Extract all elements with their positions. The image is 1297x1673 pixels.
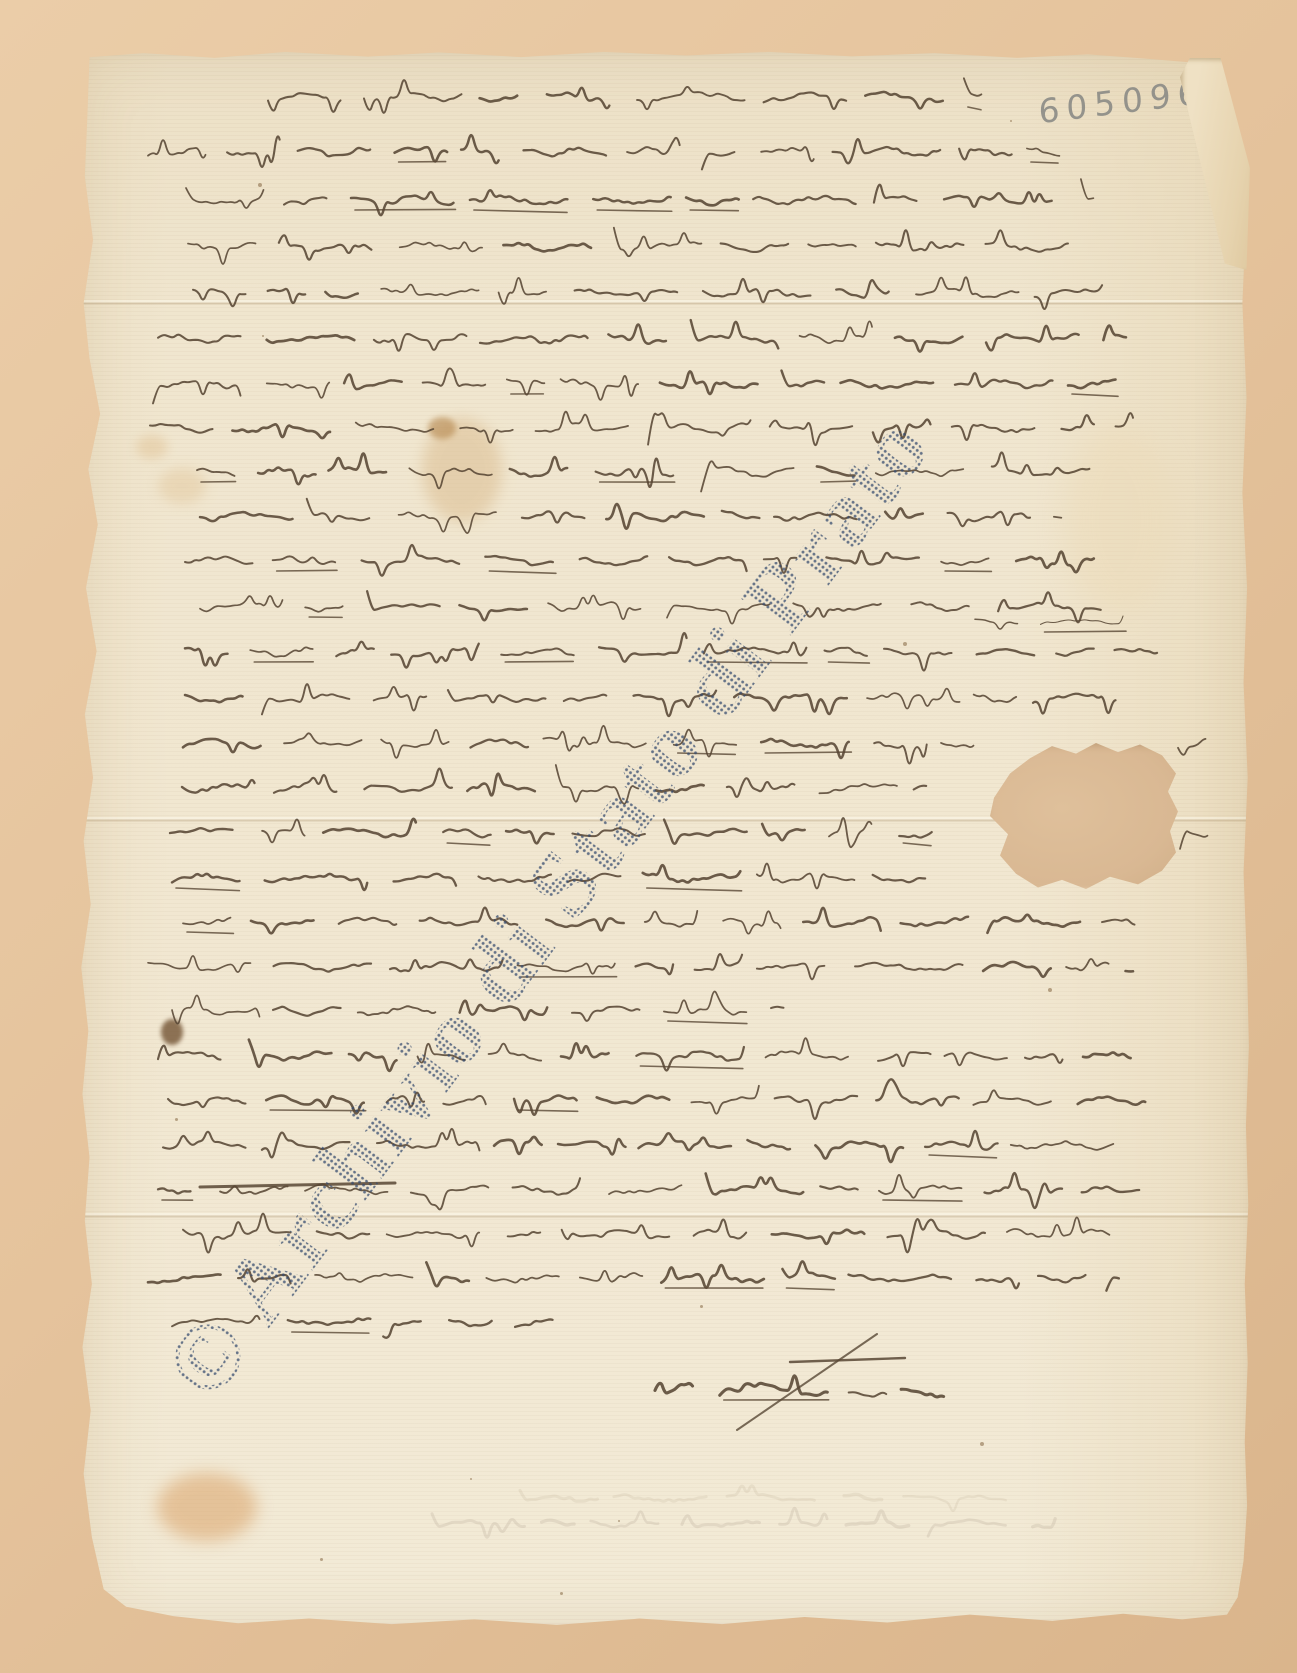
ink-stroke xyxy=(172,874,240,882)
ink-stroke xyxy=(542,1520,575,1525)
ink-stroke xyxy=(986,326,1078,351)
ink-stroke xyxy=(176,888,239,891)
ink-stroke xyxy=(782,1261,835,1278)
ink-stroke xyxy=(874,185,917,203)
ink-stroke xyxy=(391,644,479,668)
ink-stroke xyxy=(660,371,758,394)
ink-stroke xyxy=(727,778,795,797)
ink-stroke xyxy=(267,383,330,398)
ink-stroke xyxy=(1054,517,1062,518)
ink-stroke xyxy=(627,138,680,154)
ink-stroke xyxy=(262,684,350,714)
ink-stroke xyxy=(643,865,741,882)
ink-stroke xyxy=(364,80,462,113)
ink-stroke xyxy=(572,1007,640,1021)
ink-stroke xyxy=(515,1319,553,1326)
ink-stroke xyxy=(944,1053,1007,1066)
ink-stroke xyxy=(486,1275,558,1282)
ink-stroke xyxy=(548,595,641,619)
ink-stroke xyxy=(580,1271,643,1282)
ink-stroke xyxy=(647,888,742,891)
ink-stroke xyxy=(362,545,460,576)
ink-stroke xyxy=(747,1140,790,1149)
ink-stroke xyxy=(1007,1217,1110,1237)
ink-stroke xyxy=(432,1514,525,1538)
ink-stroke xyxy=(1068,380,1116,389)
ink-stroke xyxy=(790,1358,905,1362)
ink-stroke xyxy=(762,824,805,840)
ink-stroke xyxy=(848,1275,951,1282)
ink-stroke xyxy=(399,512,497,533)
ink-stroke xyxy=(328,454,386,473)
ink-stroke xyxy=(975,619,1018,629)
ink-stroke xyxy=(1072,394,1118,396)
ink-stroke xyxy=(267,335,355,342)
ink-stroke xyxy=(879,1175,962,1198)
ink-stroke xyxy=(694,1220,747,1239)
ink-stroke xyxy=(608,324,666,343)
ink-stroke xyxy=(987,915,1079,933)
ink-stroke xyxy=(764,92,847,108)
ink-stroke xyxy=(901,917,969,926)
ink-stroke xyxy=(1061,415,1094,430)
ink-stroke xyxy=(973,1090,1051,1105)
ink-stroke xyxy=(325,292,358,298)
ink-stroke xyxy=(844,1494,882,1500)
ink-stroke xyxy=(914,786,927,790)
ink-stroke xyxy=(232,424,330,438)
ink-stroke xyxy=(887,1219,985,1252)
ink-stroke xyxy=(686,198,739,206)
ink-stroke xyxy=(395,147,448,161)
ink-stroke xyxy=(561,376,639,400)
ink-stroke xyxy=(780,1508,828,1525)
ink-stroke xyxy=(485,556,553,565)
ink-stroke xyxy=(505,661,573,662)
ink-stroke xyxy=(564,695,607,701)
ink-stroke xyxy=(1178,739,1206,755)
ink-stroke xyxy=(800,321,873,343)
ink-stroke xyxy=(460,428,513,443)
ink-stroke xyxy=(1027,148,1060,155)
ink-stroke xyxy=(298,148,371,156)
ink-stroke xyxy=(153,381,241,403)
ink-stroke xyxy=(721,243,789,252)
ink-stroke xyxy=(170,828,233,833)
ink-stroke xyxy=(703,279,811,302)
ink-stroke xyxy=(753,196,856,204)
ink-stroke xyxy=(467,774,535,796)
ink-stroke xyxy=(815,1142,903,1162)
ink-stroke xyxy=(947,512,1030,526)
ink-stroke xyxy=(661,1265,764,1288)
ink-stroke xyxy=(305,606,343,611)
ink-stroke xyxy=(273,1007,341,1016)
ink-stroke xyxy=(474,210,567,212)
ink-stroke xyxy=(523,148,606,157)
ink-stroke xyxy=(695,954,743,970)
ink-stroke xyxy=(597,210,672,211)
ink-stroke xyxy=(200,512,293,521)
ink-stroke xyxy=(1103,326,1126,340)
ink-stroke xyxy=(929,1155,996,1158)
ink-stroke xyxy=(374,687,427,711)
ink-stroke xyxy=(562,1225,670,1239)
ink-stroke xyxy=(251,920,314,933)
ink-stroke xyxy=(470,740,528,748)
ink-stroke xyxy=(188,243,256,264)
ink-stroke xyxy=(606,504,704,529)
ink-stroke xyxy=(883,1200,962,1201)
ink-stroke xyxy=(268,93,341,112)
ink-stroke xyxy=(833,139,941,163)
ink-stroke xyxy=(501,649,574,656)
ink-stroke xyxy=(459,605,527,620)
ink-stroke xyxy=(336,642,374,656)
ink-stroke xyxy=(655,1383,693,1393)
ink-stroke xyxy=(1081,179,1094,199)
ink-stroke xyxy=(722,511,760,518)
ink-stroke xyxy=(690,210,738,211)
ink-stroke xyxy=(1016,552,1094,572)
ink-stroke xyxy=(1056,649,1094,656)
scan-backdrop: 605096 © Archivio di Stato di Prato xyxy=(0,0,1297,1673)
ink-stroke xyxy=(895,337,963,352)
ink-stroke xyxy=(150,424,213,433)
ink-stroke xyxy=(387,1232,480,1246)
ink-stroke xyxy=(193,289,246,306)
ink-stroke xyxy=(279,235,372,259)
ink-stroke xyxy=(1106,1278,1119,1291)
ink-stroke xyxy=(941,558,989,565)
ink-stroke xyxy=(513,1178,581,1195)
ink-stroke xyxy=(508,1232,541,1236)
ink-stroke xyxy=(503,243,590,251)
ink-stroke xyxy=(874,742,927,763)
ink-stroke xyxy=(829,818,872,847)
ink-stroke xyxy=(639,1133,732,1150)
ink-stroke xyxy=(648,413,751,444)
ink-stroke xyxy=(185,648,228,665)
ink-stroke xyxy=(974,695,1017,702)
ink-stroke xyxy=(262,819,305,842)
ink-stroke xyxy=(941,743,974,747)
ink-stroke xyxy=(876,1079,959,1105)
ink-stroke xyxy=(443,829,491,837)
ink-stroke xyxy=(955,373,1053,388)
ink-stroke xyxy=(775,1096,858,1119)
ink-stroke xyxy=(884,649,952,671)
ink-stroke xyxy=(614,228,702,257)
ink-stroke xyxy=(614,1495,707,1502)
ink-stroke xyxy=(916,277,1019,297)
ink-stroke xyxy=(878,1052,931,1066)
ink-stroke xyxy=(158,335,241,343)
ink-stroke xyxy=(489,571,556,573)
ink-stroke xyxy=(983,962,1051,977)
ink-stroke xyxy=(824,648,867,656)
ink-stroke xyxy=(344,375,402,390)
ink-stroke xyxy=(258,468,316,485)
ink-stroke xyxy=(640,1066,742,1069)
ink-stroke xyxy=(901,1389,944,1397)
ink-stroke xyxy=(903,843,931,846)
ink-stroke xyxy=(701,461,794,491)
ink-stroke xyxy=(411,1186,489,1210)
ink-stroke xyxy=(536,412,629,432)
ink-stroke xyxy=(249,1040,331,1067)
ink-stroke xyxy=(518,1110,578,1111)
ink-stroke xyxy=(636,964,674,975)
ink-stroke xyxy=(284,733,362,745)
ink-stroke xyxy=(1180,831,1208,849)
ink-stroke xyxy=(355,209,456,210)
ink-stroke xyxy=(766,1038,849,1059)
ink-stroke xyxy=(381,285,479,296)
ink-stroke xyxy=(1031,162,1058,163)
ink-stroke xyxy=(186,188,264,208)
ink-stroke xyxy=(356,423,434,432)
ink-stroke xyxy=(158,1188,191,1193)
ink-stroke xyxy=(836,280,889,298)
ink-stroke xyxy=(580,556,648,565)
ink-stroke xyxy=(757,864,855,889)
ink-stroke xyxy=(664,992,747,1015)
ink-stroke xyxy=(944,192,1052,206)
ink-stroke xyxy=(702,152,735,169)
ink-stroke xyxy=(273,556,336,564)
ink-stroke xyxy=(1033,1519,1056,1528)
ink-stroke xyxy=(1011,1141,1114,1150)
ink-stroke xyxy=(597,1096,670,1103)
ink-stroke xyxy=(865,92,943,109)
ink-stroke xyxy=(846,1511,909,1527)
ink-stroke xyxy=(855,963,963,970)
ink-stroke xyxy=(772,1230,865,1244)
ink-stroke xyxy=(187,932,233,933)
ink-stroke xyxy=(381,730,449,758)
ink-stroke xyxy=(976,1278,1019,1288)
ink-stroke xyxy=(691,1086,759,1114)
ink-stroke xyxy=(849,1392,887,1396)
ink-stroke xyxy=(928,1520,1006,1536)
ink-stroke xyxy=(364,769,452,792)
ink-stroke xyxy=(828,662,869,663)
ink-stroke xyxy=(964,78,982,96)
ink-stroke xyxy=(265,874,368,890)
ink-stroke xyxy=(561,1043,609,1058)
ink-stroke xyxy=(985,230,1068,251)
ink-stroke xyxy=(1078,1097,1146,1105)
ink-stroke xyxy=(510,457,568,477)
ink-stroke xyxy=(899,832,932,837)
ink-stroke xyxy=(183,739,261,752)
ink-stroke xyxy=(480,335,588,343)
ink-stroke xyxy=(374,334,467,351)
ink-stroke xyxy=(1083,1052,1131,1058)
ink-stroke xyxy=(1116,413,1134,426)
ink-stroke xyxy=(499,278,546,304)
ink-stroke xyxy=(1038,1275,1086,1282)
ink-stroke xyxy=(447,843,490,845)
ink-stroke xyxy=(423,368,486,386)
ink-stroke xyxy=(1115,649,1158,653)
ink-stroke xyxy=(148,956,251,972)
ink-stroke xyxy=(998,592,1101,622)
ink-stroke xyxy=(808,244,856,246)
ink-stroke xyxy=(268,289,306,303)
ink-stroke xyxy=(426,1262,469,1286)
ink-stroke xyxy=(737,1334,877,1430)
ink-stroke xyxy=(706,1174,804,1195)
ink-stroke xyxy=(985,1173,1063,1208)
ink-stroke xyxy=(323,819,416,837)
ink-stroke xyxy=(284,197,327,204)
ink-stroke xyxy=(274,775,337,793)
ink-stroke xyxy=(765,752,851,753)
ink-stroke xyxy=(761,739,849,758)
ink-stroke xyxy=(968,107,981,110)
ink-stroke xyxy=(952,425,1035,440)
ink-stroke xyxy=(394,874,457,886)
ink-stroke xyxy=(277,570,337,571)
ink-stroke xyxy=(307,499,370,522)
ink-stroke xyxy=(782,371,825,387)
ink-stroke xyxy=(148,140,206,158)
ink-stroke xyxy=(168,1097,246,1107)
ink-stroke xyxy=(637,87,745,109)
ink-stroke xyxy=(461,135,499,163)
ink-stroke xyxy=(449,1320,492,1326)
ink-stroke xyxy=(903,1496,1006,1511)
ink-stroke xyxy=(727,1486,815,1501)
ink-stroke xyxy=(723,911,781,933)
ink-stroke xyxy=(507,379,544,394)
ink-stroke xyxy=(575,290,678,301)
ink-stroke xyxy=(494,1137,542,1154)
ink-stroke xyxy=(409,468,492,488)
ink-stroke xyxy=(977,649,1034,655)
ink-stroke xyxy=(470,190,568,204)
ink-stroke xyxy=(292,1332,369,1333)
ink-stroke xyxy=(786,1288,834,1290)
ink-stroke xyxy=(911,602,969,611)
ink-stroke xyxy=(185,557,253,564)
ink-stroke xyxy=(757,964,825,980)
ink-stroke xyxy=(1025,1054,1063,1063)
ink-stroke xyxy=(163,1132,246,1149)
ink-stroke xyxy=(183,918,231,925)
ink-stroke xyxy=(771,1007,784,1008)
ink-stroke xyxy=(820,1186,858,1189)
ink-stroke xyxy=(520,1490,598,1501)
ink-stroke xyxy=(959,149,1012,160)
ink-stroke xyxy=(448,690,546,702)
ink-stroke xyxy=(992,452,1089,475)
ink-stroke xyxy=(593,197,671,204)
ink-stroke xyxy=(876,230,964,250)
ink-stroke xyxy=(1102,919,1135,924)
ink-stroke xyxy=(250,647,312,656)
ink-stroke xyxy=(480,96,518,102)
ink-stroke xyxy=(351,192,454,215)
ink-stroke xyxy=(1082,1187,1140,1193)
ink-stroke xyxy=(1066,959,1109,970)
ink-stroke xyxy=(873,875,926,882)
ink-stroke xyxy=(200,596,283,611)
ink-stroke xyxy=(547,88,610,108)
ink-stroke xyxy=(1045,631,1126,632)
ink-stroke xyxy=(400,242,483,251)
ink-stroke xyxy=(645,911,698,927)
ink-stroke xyxy=(197,469,235,476)
ink-stroke xyxy=(158,1046,221,1060)
ink-stroke xyxy=(185,695,243,702)
ink-stroke xyxy=(668,1021,747,1024)
ink-stroke xyxy=(682,1516,760,1527)
ink-stroke xyxy=(227,136,280,166)
ink-stroke xyxy=(691,320,779,348)
ink-stroke xyxy=(172,995,260,1023)
ink-stroke xyxy=(1035,285,1103,309)
ink-stroke xyxy=(1033,694,1116,714)
ink-stroke xyxy=(367,591,440,610)
ink-stroke xyxy=(867,689,960,709)
ink-stroke xyxy=(383,1321,421,1337)
ink-stroke xyxy=(609,1185,682,1194)
ink-stroke xyxy=(925,1131,998,1150)
ink-stroke xyxy=(522,511,585,522)
ink-stroke xyxy=(819,784,897,793)
ink-stroke xyxy=(558,1139,626,1154)
ink-stroke xyxy=(841,380,934,388)
ink-stroke xyxy=(803,908,881,931)
ink-stroke xyxy=(761,147,814,161)
ink-stroke xyxy=(274,963,372,972)
ink-stroke xyxy=(591,1512,659,1528)
ink-stroke xyxy=(339,918,397,925)
ink-stroke xyxy=(182,780,255,793)
